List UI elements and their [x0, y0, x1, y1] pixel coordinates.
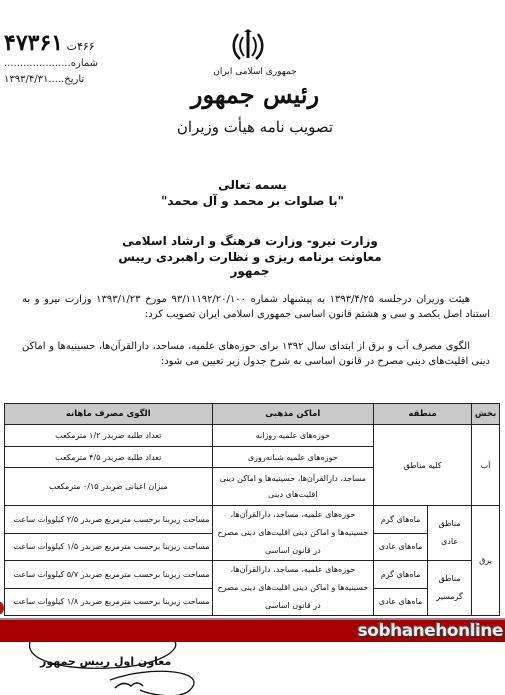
- place-cell: مساجد، دارالقرآن‌ها، حسینیه‌ها و اماکن د…: [212, 468, 374, 506]
- pattern-cell: تعداد طلبه ضربدر ۴/۵ مترمکعب: [5, 447, 213, 468]
- region-all: کلیه مناطق: [374, 425, 472, 506]
- months-cell: ماه‌های عادی: [374, 588, 428, 616]
- header-pattern: الگوی مصرف ماهانه: [5, 404, 213, 425]
- pattern-cell: مساحت زیربنا برحسب مترمربع ضربدر ۵/۷ کیل…: [5, 561, 213, 589]
- date-value: ۱۳۹۳/۴/۳۱: [4, 74, 48, 85]
- number-line: شماره.....................: [4, 58, 98, 69]
- number-label: شماره: [71, 58, 98, 69]
- pattern-cell: تعداد طلبه ضربدر ۱/۲ مترمکعب: [5, 425, 213, 447]
- table-header-row: بخش منطقه اماکن مذهبی الگوی مصرف ماهانه: [5, 404, 500, 425]
- watermark-text: sobhanehonline: [358, 621, 503, 641]
- document-subtitle: تصویب نامه هیأت وزیران: [160, 118, 350, 136]
- header-place: اماکن مذهبی: [212, 404, 374, 425]
- basmala: بسمه تعالی: [130, 178, 375, 192]
- salavat: "با صلوات بر محمد و آل محمد": [130, 194, 375, 208]
- pattern-cell: مساحت زیربنا برحسب مترمربع ضربدر ۲/۵ کیل…: [5, 506, 213, 534]
- section-electricity: برق: [472, 506, 500, 616]
- header-region: منطقه: [374, 404, 472, 425]
- table-row: برق مناطق عادی ماه‌های گرم حوزه‌های علمی…: [5, 506, 500, 534]
- iran-emblem-icon: [230, 28, 266, 64]
- header-section: بخش: [472, 404, 500, 425]
- pattern-cell: میزان اعیانی ضربدر ۰/۱۵ مترمکعب: [5, 468, 213, 506]
- place-cell: حوزه‌های علمیه روزانه: [212, 425, 374, 447]
- body-paragraph-2: الگوی مصرف آب و برق از ابتدای سال ۱۳۹۲ ب…: [22, 339, 490, 369]
- recipients-line-2: معاونت برنامه ریزی و نظارت راهبردی رییس …: [100, 250, 400, 278]
- letter-number-value: ۴۷۳۶۱: [4, 30, 63, 56]
- place-cell: حوزه‌های علمیه، مساجد، دارالقرآن‌ها، حسی…: [212, 561, 374, 616]
- months-cell: ماه‌های گرم: [374, 561, 428, 589]
- section-water: آب: [472, 425, 500, 506]
- signatory-title: معاون اول رییس جمهور: [40, 655, 171, 668]
- office-title: رئیس جمهور: [170, 80, 340, 109]
- place-cell: حوزه‌های علمیه شبانه‌روزی: [212, 447, 374, 468]
- region-normal: مناطق عادی: [428, 506, 472, 561]
- body-paragraph-1: هیئت وزیران درجلسه ۱۳۹۳/۴/۲۵ به پیشنهاد …: [22, 292, 490, 322]
- table-row: آب کلیه مناطق حوزه‌های علمیه روزانه تعدا…: [5, 425, 500, 447]
- watermark-bar: sobhanehonline: [0, 618, 505, 642]
- table-row: مناطق گرمسیر ماه‌های گرم حوزه‌های علمیه،…: [5, 561, 500, 589]
- region-hot: مناطق گرمسیر: [428, 561, 472, 616]
- recipients-line-1: وزارت نیرو- وزارت فرهنگ و ارشاد اسلامی: [100, 234, 400, 248]
- country-name: جمهوری اسلامی ایران: [170, 67, 340, 77]
- place-cell: حوزه‌های علمیه، مساجد، دارالقرآن‌ها، حسی…: [212, 506, 374, 561]
- consumption-pattern-table: بخش منطقه اماکن مذهبی الگوی مصرف ماهانه …: [4, 403, 500, 616]
- pattern-cell: مساحت زیربنا برحسب مترمربع ضربدر ۱/۵ کیل…: [5, 533, 213, 561]
- months-cell: ماه‌های عادی: [374, 533, 428, 561]
- letter-number: ۴۶۶ت ۴۷۳۶۱: [4, 30, 95, 56]
- letter-number-suffix: ۴۶۶ت: [67, 40, 95, 53]
- pattern-cell: مساحت زیربنا برحسب مترمربع ضربدر ۱/۸ کیل…: [5, 588, 213, 616]
- months-cell: ماه‌های گرم: [374, 506, 428, 534]
- date-label: تاریخ: [64, 74, 84, 85]
- date-line: تاریخ.....۱۳۹۳/۴/۳۱: [4, 74, 84, 85]
